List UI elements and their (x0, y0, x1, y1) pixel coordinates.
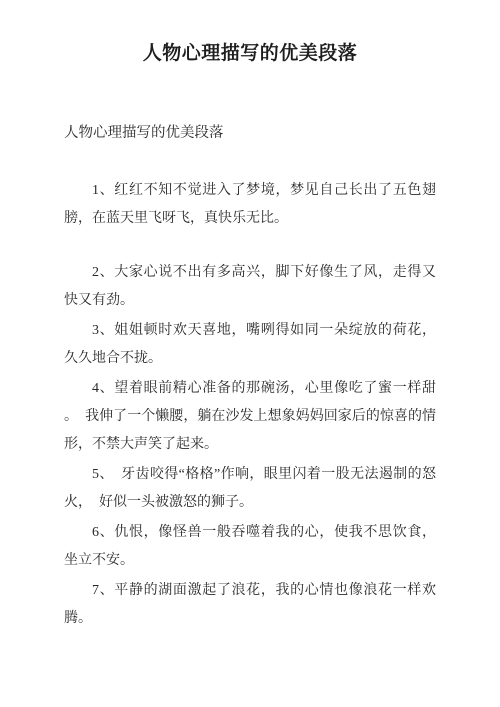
document-page: 人物心理描写的优美段落 人物心理描写的优美段落 1、红红不知不觉进入了梦境，梦见… (0, 0, 500, 707)
paragraph-line: 久久地合不拢。 (64, 345, 436, 373)
paragraph: 6、仇恨，像怪兽一般吞噬着我的心，使我不思饮食，坐立不安。 (64, 519, 436, 575)
paragraph-line: 1、红红不知不觉进入了梦境，梦见自己长出了五色翅 (64, 177, 436, 205)
document-title: 人物心理描写的优美段落 (64, 0, 436, 70)
paragraph-line: 膀，在蓝天里飞呀飞，真快乐无比。 (64, 205, 436, 233)
paragraph-line: 火， 好似一头被激怒的狮子。 (64, 489, 436, 517)
paragraph-line: 2、大家心说不出有多高兴，脚下好像生了风，走得又 (64, 259, 436, 287)
paragraph: 3、姐姐顿时欢天喜地，嘴咧得如同一朵绽放的荷花，久久地合不拢。 (64, 317, 436, 373)
paragraph-line: 。 我伸了一个懒腰，躺在沙发上想象妈妈回家后的惊喜的情 (64, 403, 436, 431)
paragraph-line: 形，不禁大声笑了起来。 (64, 431, 436, 459)
paragraph: 4、望着眼前精心准备的那碗汤，心里像吃了蜜一样甜。 我伸了一个懒腰，躺在沙发上想… (64, 375, 436, 459)
paragraph: 7、平静的湖面激起了浪花，我的心情也像浪花一样欢腾。 (64, 577, 436, 633)
paragraph: 1、红红不知不觉进入了梦境，梦见自己长出了五色翅膀，在蓝天里飞呀飞，真快乐无比。 (64, 177, 436, 233)
section-heading: 人物心理描写的优美段落 (64, 119, 436, 147)
paragraph-line: 7、平静的湖面激起了浪花，我的心情也像浪花一样欢 (64, 577, 436, 605)
paragraph-line: 坐立不安。 (64, 547, 436, 575)
paragraph: 5、 牙齿咬得“格格”作响，眼里闪着一股无法遏制的怒火， 好似一头被激怒的狮子。 (64, 461, 436, 517)
paragraph-list: 1、红红不知不觉进入了梦境，梦见自己长出了五色翅膀，在蓝天里飞呀飞，真快乐无比。… (64, 177, 436, 633)
paragraph-line: 6、仇恨，像怪兽一般吞噬着我的心，使我不思饮食， (64, 519, 436, 547)
paragraph: 2、大家心说不出有多高兴，脚下好像生了风，走得又快又有劲。 (64, 259, 436, 315)
paragraph-line: 快又有劲。 (64, 287, 436, 315)
paragraph-line: 3、姐姐顿时欢天喜地，嘴咧得如同一朵绽放的荷花， (64, 317, 436, 345)
paragraph-line: 4、望着眼前精心准备的那碗汤，心里像吃了蜜一样甜 (64, 375, 436, 403)
paragraph-line: 5、 牙齿咬得“格格”作响，眼里闪着一股无法遏制的怒 (64, 461, 436, 489)
paragraph-line: 腾。 (64, 605, 436, 633)
